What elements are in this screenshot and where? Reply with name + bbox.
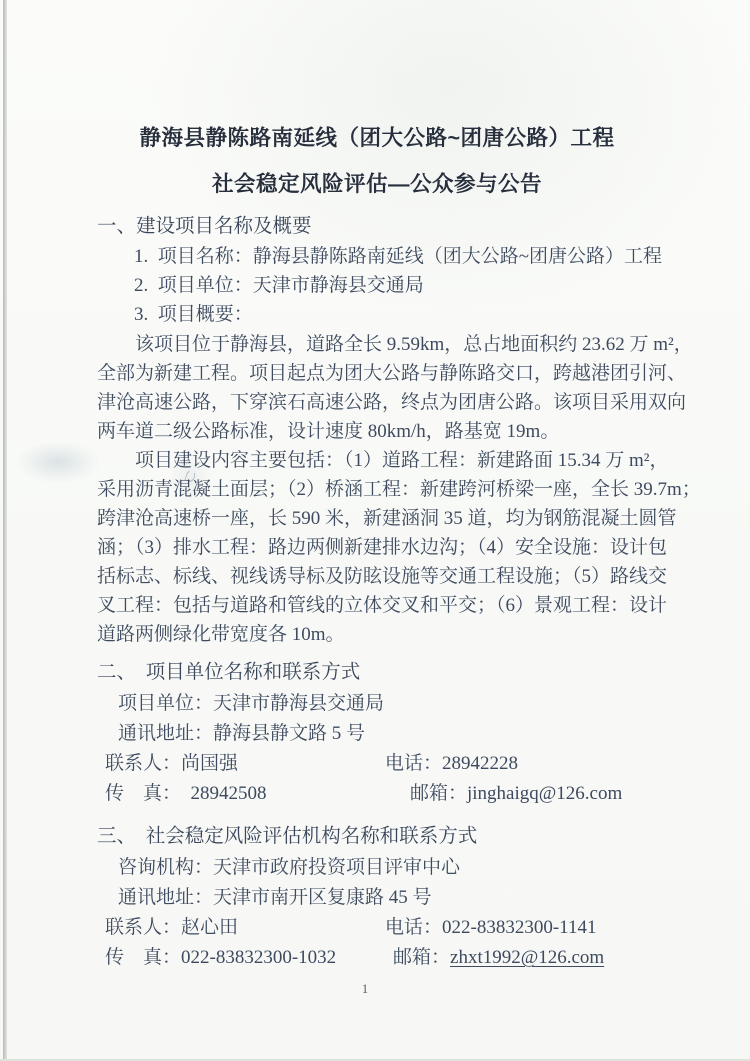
contact-row: 通讯地址：天津市南开区复康路 45 号	[97, 883, 657, 913]
contact-row: 联系人：尚国强 电话：28942228	[97, 749, 657, 779]
contact-row: 传 真：022-83832300-1032 邮箱：zhxt1992@126.co…	[97, 943, 657, 973]
contact-address: 通讯地址：天津市南开区复康路 45 号	[118, 883, 398, 913]
section-2-contact-block: 项目单位：天津市静海县交通局 通讯地址：静海县静文路 5 号 联系人：尚国强 电…	[97, 689, 657, 809]
contact-agency: 咨询机构：天津市政府投资项目评审中心	[118, 853, 398, 883]
project-unit-item: 2. 项目单位：天津市静海县交通局	[97, 271, 657, 300]
contact-person: 联系人：尚国强	[105, 749, 385, 779]
text-line: 道路两侧绿化带宽度各 10m。	[97, 620, 657, 649]
contact-row: 联系人：赵心田 电话：022-83832300-1141	[97, 913, 657, 943]
contact-fax: 传 真： 28942508	[105, 779, 385, 809]
document-page: 静海县静陈路南延线（团大公路~团唐公路）工程 社会稳定风险评估—公众参与公告 一…	[0, 0, 750, 1061]
project-summary-item: 3. 项目概要：	[97, 300, 657, 329]
section-1-items: 1. 项目名称：静海县静陈路南延线（团大公路~团唐公路）工程 2. 项目单位：天…	[97, 242, 657, 329]
section-3-heading: 三、 社会稳定风险评估机构名称和联系方式	[97, 822, 657, 851]
text-line: 跨津沧高速桥一座，长 590 米，新建涵洞 35 道，均为钢筋混凝土圆管	[97, 504, 657, 533]
contact-address: 通讯地址：静海县静文路 5 号	[118, 719, 398, 749]
section-3-contact-block: 咨询机构：天津市政府投资项目评审中心 通讯地址：天津市南开区复康路 45 号 联…	[97, 853, 657, 973]
paragraph-construction-content: 项目建设内容主要包括：（1）道路工程：新建路面 15.34 万 m²，采用沥青混…	[97, 446, 657, 649]
email-link: zhxt1992@126.com	[450, 947, 604, 968]
text-line: 项目建设内容主要包括：（1）道路工程：新建路面 15.34 万 m²，	[97, 446, 657, 475]
document-content: 静海县静陈路南延线（团大公路~团唐公路）工程 社会稳定风险评估—公众参与公告 一…	[97, 0, 657, 973]
contact-row: 项目单位：天津市静海县交通局	[97, 689, 657, 719]
contact-row: 咨询机构：天津市政府投资项目评审中心	[97, 853, 657, 883]
contact-person: 联系人：赵心田	[105, 913, 385, 943]
contact-email: 邮箱：zhxt1992@126.com	[393, 943, 604, 973]
text-line: 采用沥青混凝土面层；（2）桥涵工程：新建跨河桥梁一座，全长 39.7m；	[97, 475, 657, 504]
text-line: 全部为新建工程。项目起点为团大公路与静陈路交口，跨越港团引河、	[97, 359, 657, 388]
section-2-heading: 二、 项目单位名称和联系方式	[97, 658, 657, 687]
text-line: 两车道二级公路标准，设计速度 80km/h，路基宽 19m。	[97, 417, 657, 446]
document-title-line-2: 社会稳定风险评估—公众参与公告	[97, 168, 657, 200]
contact-fax: 传 真：022-83832300-1032	[105, 943, 385, 973]
contact-phone: 电话：022-83832300-1141	[385, 913, 596, 943]
contact-row: 通讯地址：静海县静文路 5 号	[97, 719, 657, 749]
text-line: 叉工程：包括与道路和管线的立体交叉和平交；（6）景观工程：设计	[97, 591, 657, 620]
contact-phone: 电话：28942228	[385, 749, 518, 779]
paragraph-project-overview: 该项目位于静海县，道路全长 9.59km，总占地面积约 23.62 万 m²，全…	[97, 330, 657, 446]
contact-row: 传 真： 28942508 邮箱：jinghaigq@126.com	[97, 779, 657, 809]
text-line: 括标志、标线、视线诱导标及防眩设施等交通工程设施；（5）路线交	[97, 562, 657, 591]
text-line: 津沧高速公路，下穿滨石高速公路，终点为团唐公路。该项目采用双向	[97, 388, 657, 417]
section-1-heading: 一、建设项目名称及概要	[97, 212, 657, 241]
document-title-line-1: 静海县静陈路南延线（团大公路~团唐公路）工程	[97, 122, 657, 154]
text-line: 涵；（3）排水工程：路边两侧新建排水边沟；（4）安全设施：设计包	[97, 533, 657, 562]
page-number: 1	[85, 982, 645, 997]
email-label: 邮箱：	[393, 947, 450, 968]
contact-unit: 项目单位：天津市静海县交通局	[118, 689, 398, 719]
scan-edge-left	[3, 0, 7, 1061]
text-line: 该项目位于静海县，道路全长 9.59km，总占地面积约 23.62 万 m²，	[97, 330, 657, 359]
project-name-item: 1. 项目名称：静海县静陈路南延线（团大公路~团唐公路）工程	[97, 242, 657, 271]
contact-email: 邮箱：jinghaigq@126.com	[410, 779, 622, 809]
